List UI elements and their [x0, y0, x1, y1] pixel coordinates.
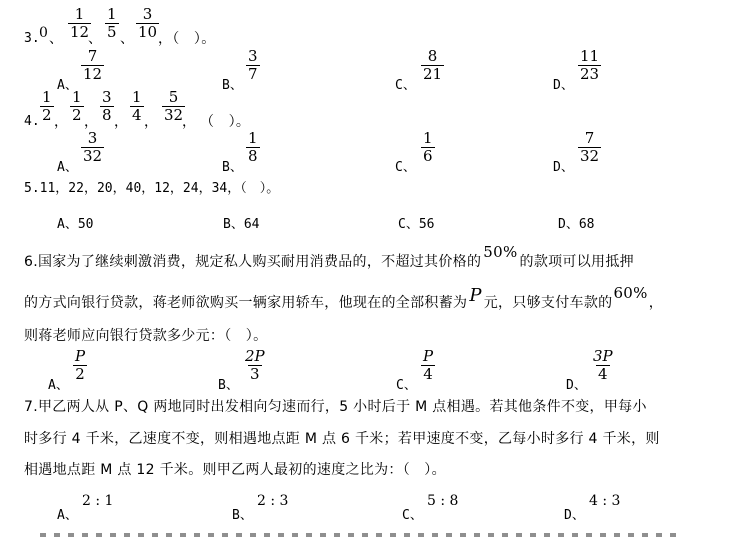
q6-text: 的款项可以用抵押	[520, 254, 634, 270]
option-fraction: 7 12	[81, 48, 104, 83]
option-fraction: 3P 4	[591, 348, 615, 383]
q5-option-a[interactable]: A、50	[57, 213, 93, 232]
option-label: B、	[222, 156, 243, 175]
denominator: 8	[246, 147, 260, 165]
option-ratio: 4 : 3	[589, 493, 620, 509]
numerator: 3	[100, 89, 114, 106]
q4-term-3-fraction: 3 8	[100, 89, 114, 124]
separator: ，	[54, 113, 68, 131]
denominator: 7	[246, 65, 260, 83]
option-fraction: 1 8	[246, 130, 260, 165]
numerator: 3P	[591, 348, 615, 365]
clipped-next-line	[40, 533, 680, 537]
option-fraction: 11 23	[578, 48, 601, 83]
option-fraction: 3 7	[246, 48, 260, 83]
denominator: 32	[81, 147, 104, 165]
option-ratio: 2 : 1	[82, 493, 113, 509]
denominator: 12	[81, 65, 104, 83]
option-label: D、	[553, 156, 574, 175]
q6-line-2: 的方式向银行贷款，蒋老师欲购买一辆家用轿车，他现在的全部积蓄为P元，只够支付车款…	[24, 293, 663, 312]
denominator: 4	[421, 365, 435, 383]
q4-blank: （ ）。	[200, 113, 250, 131]
q4-term-2-fraction: 1 2	[70, 89, 84, 124]
q5-option-b[interactable]: B、64	[223, 213, 259, 232]
q6-text: 的方式向银行贷款，蒋老师欲购买一辆家用轿车，他现在的全部积蓄为	[24, 295, 467, 311]
numerator: 1	[70, 89, 84, 106]
numerator: 3	[141, 6, 155, 23]
numerator: 1	[105, 6, 119, 23]
option-label: A、	[48, 374, 69, 393]
denominator: 8	[100, 106, 114, 124]
numerator: 8	[426, 48, 440, 65]
option-label: B、	[218, 374, 239, 393]
numerator: 1	[421, 130, 435, 147]
separator: ，	[182, 113, 196, 131]
denominator: 4	[130, 106, 144, 124]
q4-number: 4.	[24, 114, 40, 130]
q6-text: ，	[649, 295, 663, 311]
denominator: 32	[578, 147, 601, 165]
separator: 、	[49, 30, 63, 48]
option-label: C、	[395, 74, 416, 93]
option-label: A、	[57, 504, 78, 523]
option-label: B、	[222, 74, 243, 93]
numerator: P	[421, 348, 435, 365]
q4-term-4-fraction: 1 4	[130, 89, 144, 124]
option-fraction: P 4	[421, 348, 435, 383]
numerator: 2P	[243, 348, 267, 365]
denominator: 23	[578, 65, 601, 83]
separator: 、	[120, 30, 134, 48]
denominator: 4	[596, 365, 610, 383]
q6-text: 6.国家为了继续刺激消费，规定私人购买耐用消费品的，不超过其价格的	[24, 254, 481, 270]
q3-term-zero: 0	[39, 25, 48, 41]
q3-number: 3.	[24, 31, 40, 47]
option-label: A、	[57, 156, 78, 175]
q4-term-1-fraction: 1 2	[40, 89, 54, 124]
option-ratio: 5 : 8	[427, 493, 458, 509]
numerator: 3	[246, 48, 260, 65]
q7-line-2: 时多行 4 千米，乙速度不变，则相遇地点距 M 点 6 千米；若甲速度不变，乙每…	[24, 430, 660, 448]
option-fraction: 3 32	[81, 130, 104, 165]
option-label: B、	[232, 504, 253, 523]
denominator: 5	[105, 23, 119, 41]
denominator: 21	[421, 65, 444, 83]
option-label: D、	[566, 374, 587, 393]
option-fraction: 2P 3	[243, 348, 267, 383]
option-fraction: 7 32	[578, 130, 601, 165]
numerator: 7	[583, 130, 597, 147]
option-label: D、	[564, 504, 585, 523]
q6-percent-50: 50%	[483, 243, 517, 261]
option-fraction: P 2	[73, 348, 87, 383]
numerator: 11	[578, 48, 601, 65]
numerator: 3	[86, 130, 100, 147]
separator: ，	[144, 113, 158, 131]
q3-blank: ，（ ）。	[158, 30, 216, 48]
q6-line-1: 6.国家为了继续刺激消费，规定私人购买耐用消费品的，不超过其价格的50%的款项可…	[24, 252, 634, 271]
q3-term-2-fraction: 1 5	[105, 6, 119, 41]
numerator: 1	[130, 89, 144, 106]
option-ratio: 2 : 3	[257, 493, 288, 509]
q7-line-3: 相遇地点距 M 点 12 千米。则甲乙两人最初的速度之比为：（ ）。	[24, 461, 446, 479]
numerator: 1	[40, 89, 54, 106]
numerator: P	[73, 348, 87, 365]
q5-option-d[interactable]: D、68	[558, 213, 594, 232]
denominator: 2	[70, 106, 84, 124]
separator: 、	[88, 30, 102, 48]
q6-percent-60: 60%	[613, 284, 647, 302]
denominator: 2	[73, 365, 87, 383]
numerator: 1	[73, 6, 87, 23]
option-fraction: 1 6	[421, 130, 435, 165]
option-label: C、	[396, 374, 417, 393]
q7-line-1: 7.甲乙两人从 P、Q 两地同时出发相向匀速而行，5 小时后于 M 点相遇。若其…	[24, 398, 647, 416]
option-label: D、	[553, 74, 574, 93]
numerator: 7	[86, 48, 100, 65]
separator: ，	[114, 113, 128, 131]
q6-text: 元，只够支付车款的	[484, 295, 613, 311]
q5-option-c[interactable]: C、56	[398, 213, 434, 232]
numerator: 5	[167, 89, 181, 106]
q6-variable-p: P	[469, 285, 481, 306]
q6-line-3: 则蒋老师应向银行贷款多少元：（ ）。	[24, 327, 267, 345]
denominator: 3	[248, 365, 262, 383]
option-label: C、	[395, 156, 416, 175]
numerator: 1	[246, 130, 260, 147]
option-label: C、	[402, 504, 423, 523]
denominator: 6	[421, 147, 435, 165]
q3-term-3-fraction: 3 10	[136, 6, 159, 41]
denominator: 2	[40, 106, 54, 124]
option-fraction: 8 21	[421, 48, 444, 83]
denominator: 10	[136, 23, 159, 41]
q5-stem: 5.11，22，20，40，12，24，34，（ ）。	[24, 181, 279, 197]
